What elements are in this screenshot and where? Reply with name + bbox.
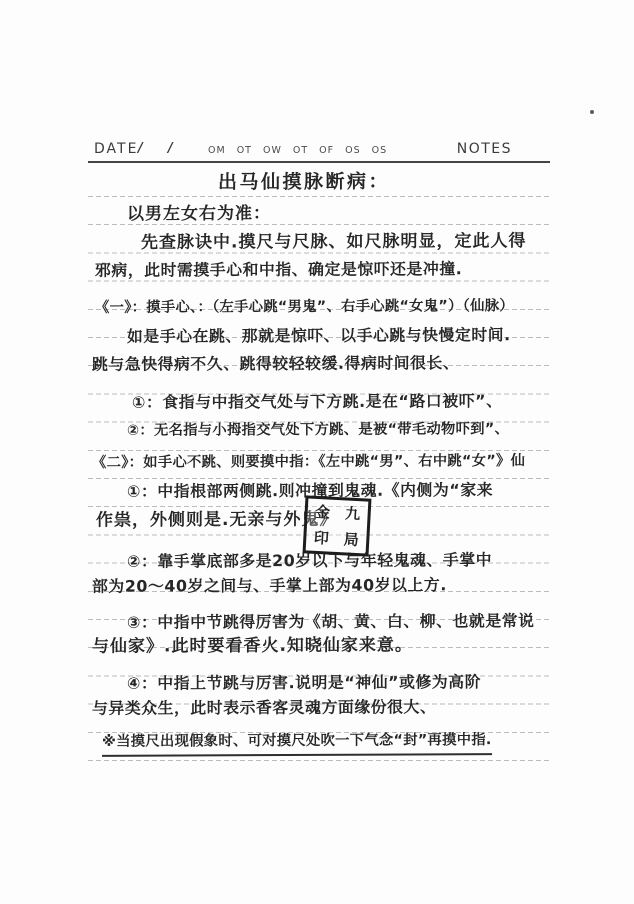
notebook-printed-header: DATE / / OM OT OW OT OF OS OS NOTES: [88, 139, 550, 163]
handwritten-line: 《一》：摸手心、：（左手心跳“男鬼”、右手心跳“女鬼”）（仙脉）: [95, 294, 514, 320]
seal-char: 金: [307, 498, 338, 526]
weekday-checkboxes: OM OT OW OT OF OS OS: [208, 145, 387, 156]
handwritten-line: 《二》：如手心不跳、则要摸中指：《左中跳“男”、右中跳“女”》仙: [92, 449, 525, 475]
notes-label: NOTES: [457, 141, 512, 157]
handwritten-line: 邪病，此时需摸手心和中指、确定是惊吓还是冲撞.: [95, 257, 462, 283]
handwritten-line: 如是手心在跳、那就是惊吓、以手心跳与快慢定时间.: [127, 323, 511, 349]
handwritten-line: 与异类众生，此时表示香客灵魂方面缘份很大、: [92, 695, 436, 721]
date-slash-1: /: [138, 141, 143, 156]
note-title: 出马仙摸脉断病：: [218, 170, 390, 195]
handwritten-line: ③：中指中节跳得厉害为《胡、黄、白、柳、也就是常说: [127, 609, 535, 635]
handwritten-line: 以男左女右为准：: [127, 202, 271, 227]
handwritten-line: 先查脉诀中.摸尺与尺脉、如尺脉明显，定此人得: [141, 229, 527, 255]
handwritten-line: ①：食指与中指交气处与下方跳.是在“路口被吓”、: [132, 389, 503, 415]
ink-speck: [590, 110, 594, 114]
seal-char: 局: [336, 526, 367, 554]
handwritten-line: 部为20～40岁之间与、手掌上部为40岁以上方.: [92, 573, 447, 599]
handwritten-line: 作祟，外侧则是.无亲与外鬼》: [96, 507, 338, 532]
date-label: DATE: [94, 141, 138, 157]
handwritten-line: 与仙家》.此时要看香火.知晓仙家来意。: [92, 633, 413, 658]
seal-char: 印: [306, 524, 337, 552]
date-slash-2: /: [168, 141, 173, 156]
handwritten-line-footnote: ※当摸尺出现假象时、可对摸尺处吹一下气念“封”再摸中指.: [102, 728, 492, 757]
handwritten-line: 跳与急快得病不久、跳得较轻较缓.得病时间很长、: [92, 351, 459, 377]
handwritten-line: ②：无名指与小拇指交气处下方跳、是被“带毛动物吓到”、: [127, 417, 509, 443]
hand-drawn-seal: 金 九 印 局: [303, 495, 372, 556]
handwritten-line: ④：中指上节跳与厉害.说明是“神仙”或修为高阶: [127, 670, 481, 696]
seal-char: 九: [337, 500, 368, 528]
